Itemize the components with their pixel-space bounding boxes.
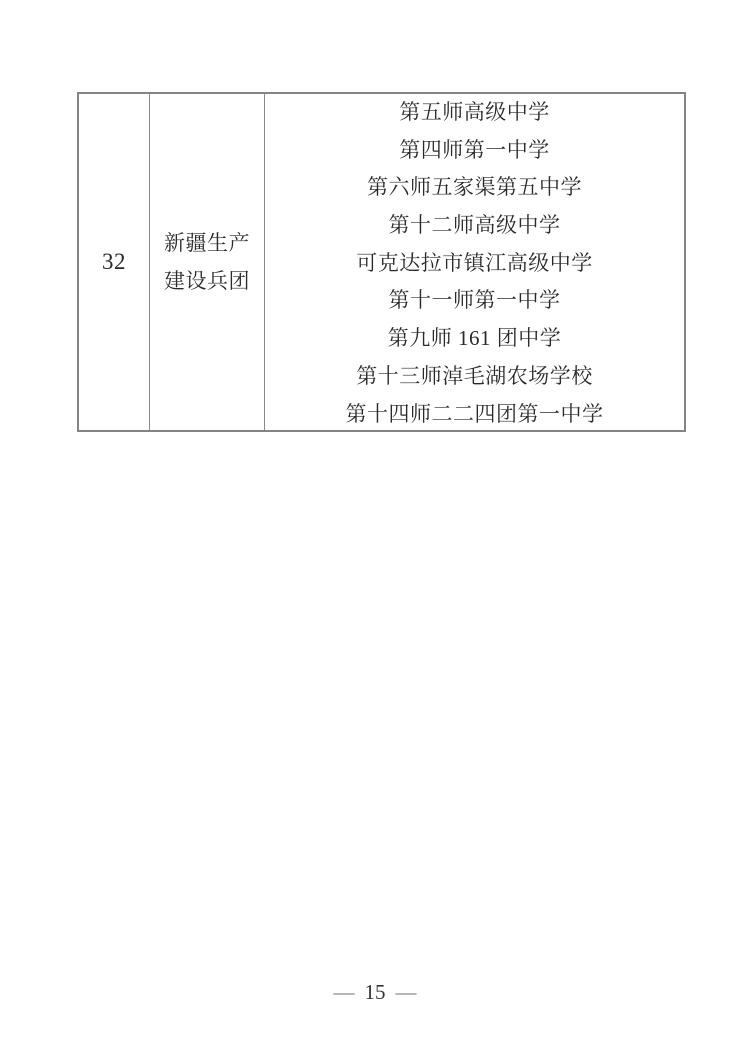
row-number: 32 [102, 249, 126, 275]
school-name: 第六师五家渠第五中学 [265, 169, 684, 207]
region-name-line: 建设兵团 [164, 262, 250, 300]
school-name: 第五师高级中学 [265, 94, 684, 132]
table-cell-region: 新疆生产 建设兵团 [149, 94, 265, 430]
school-name: 第十四师二二四团第一中学 [265, 396, 684, 434]
school-name: 可克达拉市镇江高级中学 [265, 245, 684, 283]
table-cell-schools: 第五师高级中学 第四师第一中学 第六师五家渠第五中学 第十二师高级中学 可克达拉… [265, 94, 684, 430]
school-name: 第十一师第一中学 [265, 282, 684, 320]
footer-page-number: 15 [361, 980, 390, 1004]
page-footer: —15— [0, 980, 750, 1004]
footer-dash-left: — [328, 980, 361, 1004]
document-page: 32 新疆生产 建设兵团 第五师高级中学 第四师第一中学 第六师五家渠第五中学 … [0, 0, 750, 1061]
schools-table: 32 新疆生产 建设兵团 第五师高级中学 第四师第一中学 第六师五家渠第五中学 … [77, 92, 686, 432]
school-name: 第十二师高级中学 [265, 207, 684, 245]
table-cell-row-number: 32 [79, 94, 149, 430]
region-name-line: 新疆生产 [164, 224, 250, 262]
school-name: 第四师第一中学 [265, 132, 684, 170]
footer-dash-right: — [390, 980, 423, 1004]
school-name: 第十三师淖毛湖农场学校 [265, 358, 684, 396]
school-name: 第九师 161 团中学 [265, 320, 684, 358]
